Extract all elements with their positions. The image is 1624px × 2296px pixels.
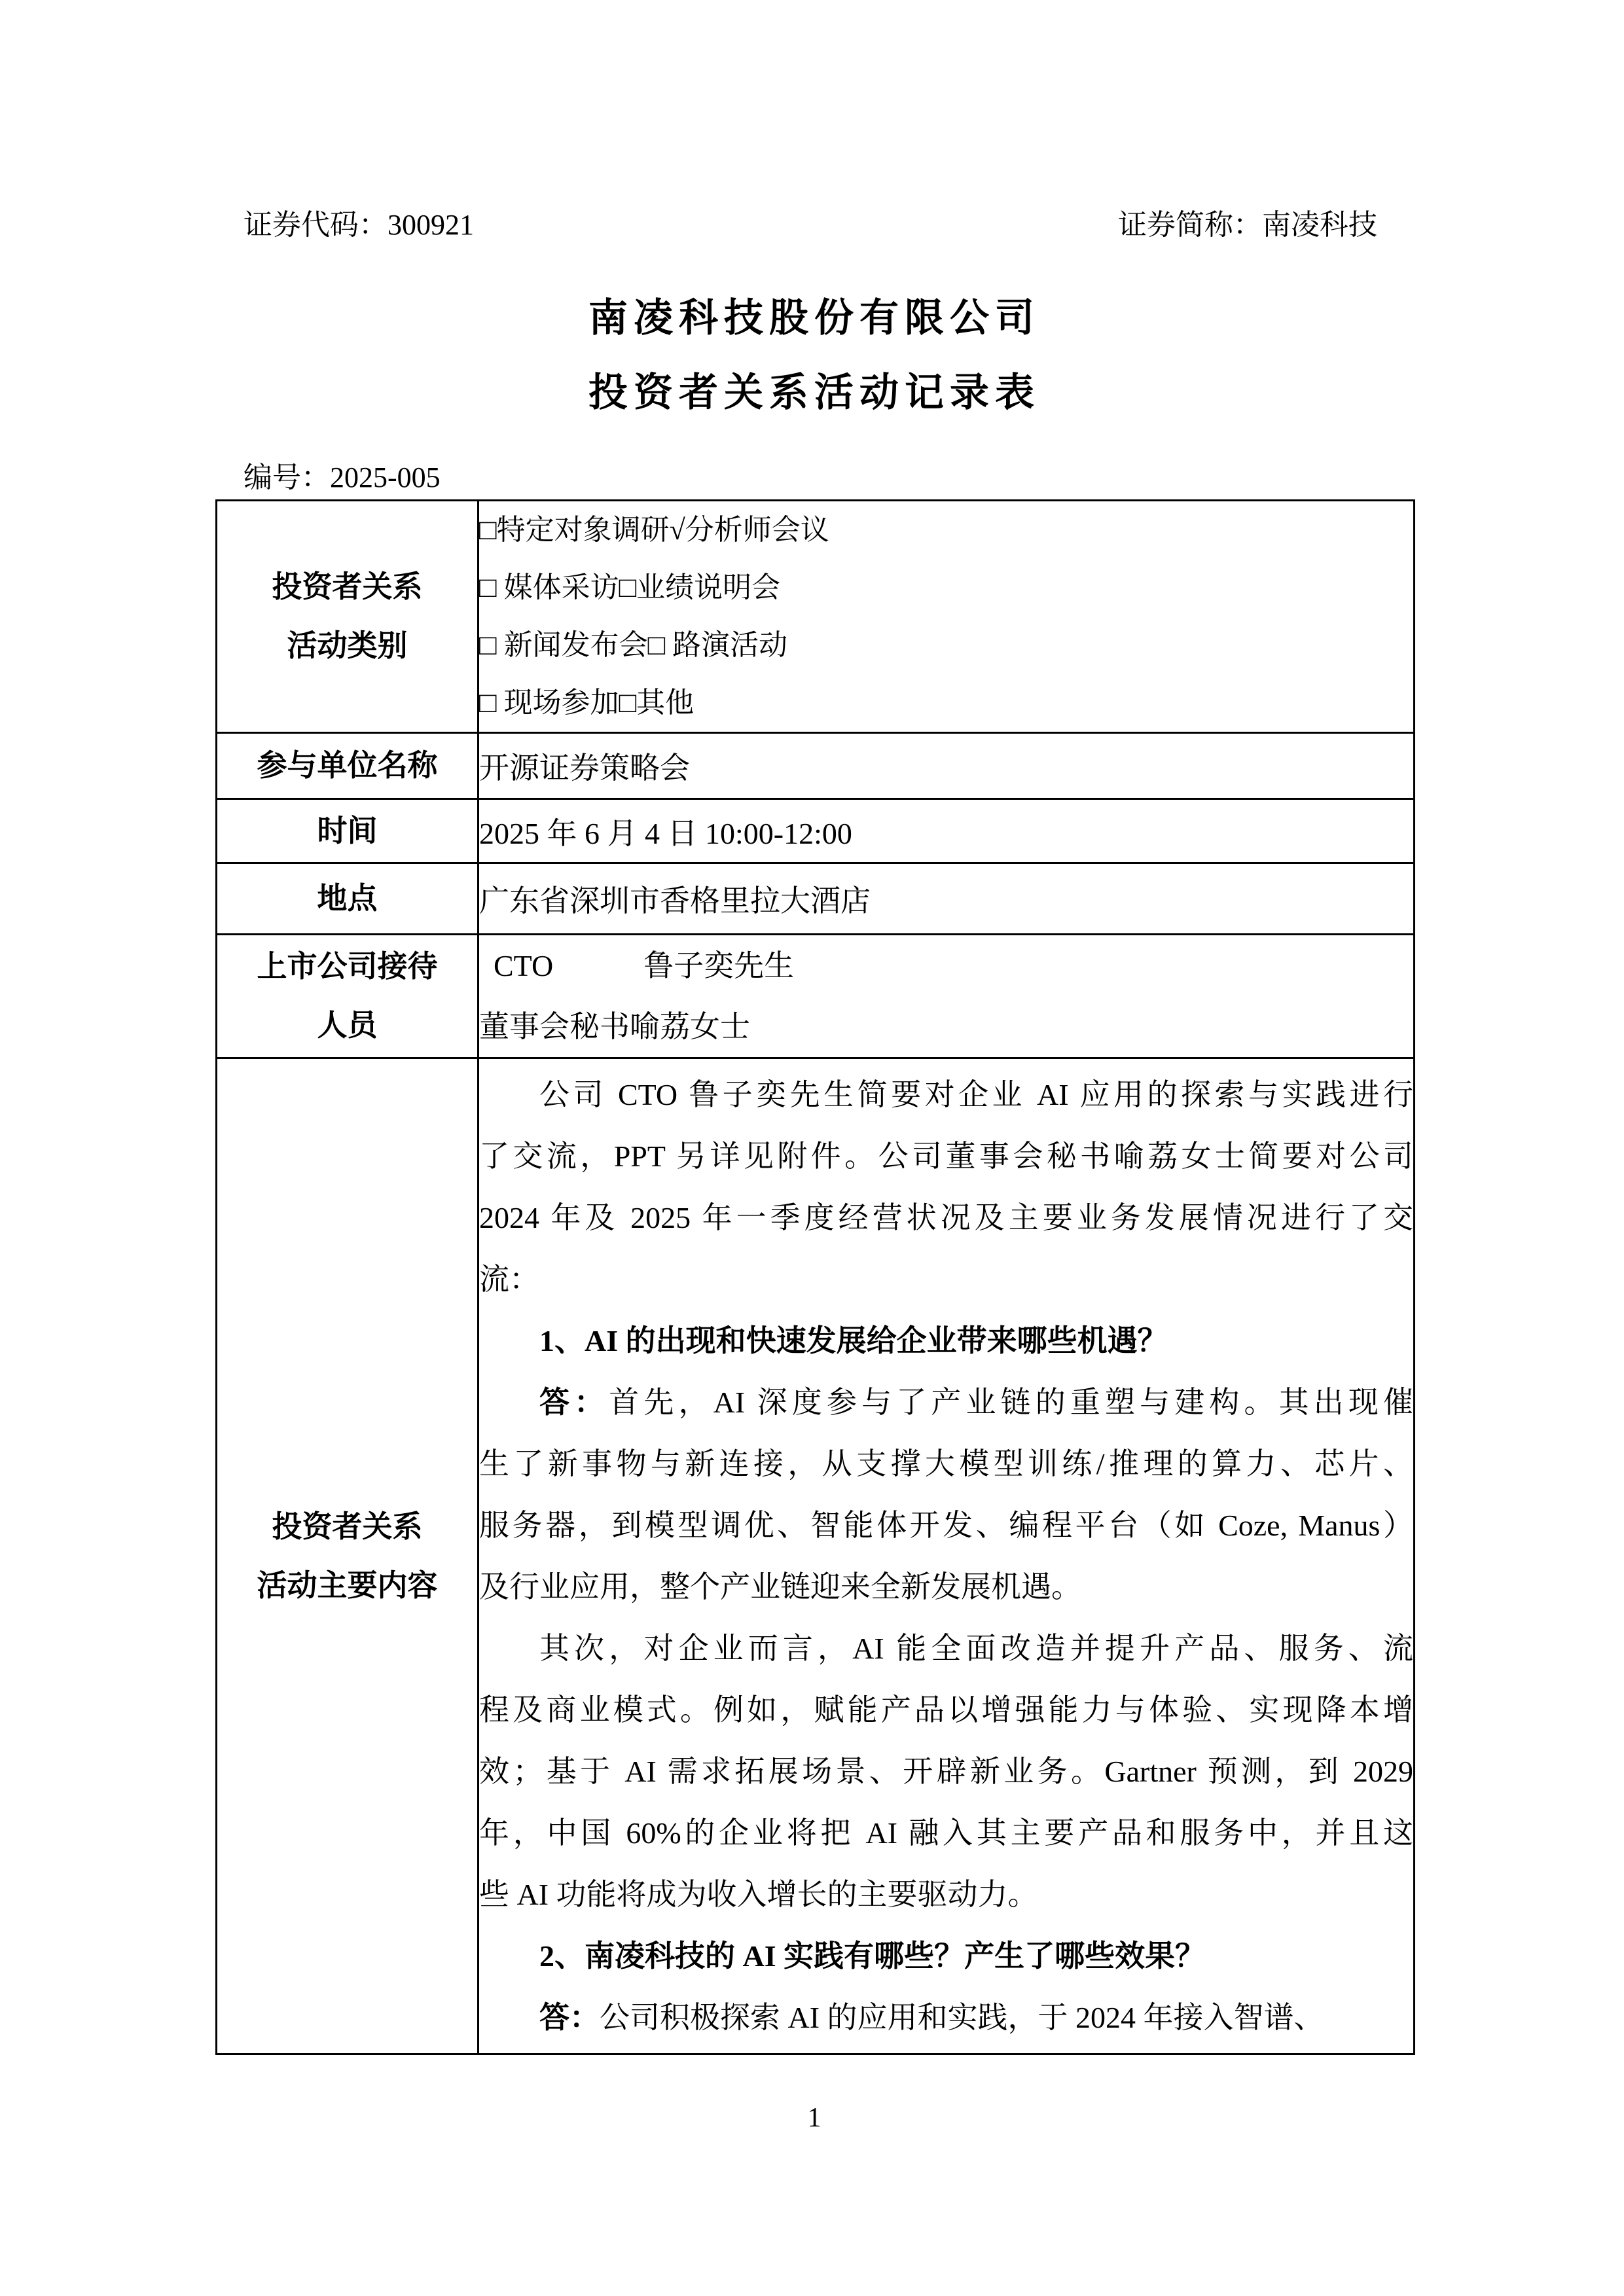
main-content-body: 公司 CTO 鲁子奕先生简要对企业 AI 应用的探索与实践进行 了交流，PPT …: [478, 1058, 1415, 2054]
answer-prefix: 答：: [539, 1386, 609, 1419]
location-label: 地点: [217, 863, 478, 935]
page-number: 1: [215, 2102, 1413, 2134]
body-line: 年，中国 60%的企业将把 AI 融入其主要产品和服务中，并且这: [479, 1803, 1413, 1864]
activity-option-survey: □特定对象调研√分析师会议: [479, 501, 1413, 559]
activity-option-media: □ 媒体采访□业绩说明会: [479, 559, 1413, 617]
stock-code: 证券代码：300921: [244, 208, 474, 243]
time-label: 时间: [217, 799, 478, 863]
reception-label: 上市公司接待 人员: [217, 935, 478, 1058]
reception-label-line2: 人员: [217, 996, 477, 1055]
answer-prefix: 答：: [539, 2001, 600, 2034]
reception-person-cto: CTO 鲁子奕先生: [479, 935, 1413, 996]
body-line: 生了新事物与新连接，从支撑大模型训练/推理的算力、芯片、: [479, 1433, 1413, 1495]
body-line: 2024 年及 2025 年一季度经营状况及主要业务发展情况进行了交: [479, 1187, 1413, 1249]
body-line: 其次，对企业而言，AI 能全面改造并提升产品、服务、流: [479, 1618, 1413, 1679]
reception-label-line1: 上市公司接待: [217, 937, 477, 996]
answer-1-line: 答：首先，AI 深度参与了产业链的重塑与建构。其出现催: [479, 1372, 1413, 1433]
question-1: 1、AI 的出现和快速发展给企业带来哪些机遇？: [479, 1310, 1413, 1372]
question-2: 2、南凌科技的 AI 实践有哪些？产生了哪些效果？: [479, 1926, 1413, 1987]
location-value: 广东省深圳市香格里拉大酒店: [478, 863, 1415, 935]
main-content-label: 投资者关系 活动主要内容: [217, 1058, 478, 2054]
time-value: 2025 年 6 月 4 日 10:00-12:00: [478, 799, 1415, 863]
activity-type-label-line1: 投资者关系: [217, 558, 477, 617]
table-row-main-content: 投资者关系 活动主要内容 公司 CTO 鲁子奕先生简要对企业 AI 应用的探索与…: [217, 1058, 1415, 2054]
body-line: 效；基于 AI 需求拓展场景、开辟新业务。Gartner 预测，到 2029: [479, 1741, 1413, 1803]
activity-option-onsite: □ 现场参加□其他: [479, 674, 1413, 732]
main-content-label-line2: 活动主要内容: [217, 1556, 477, 1615]
table-row-time: 时间 2025 年 6 月 4 日 10:00-12:00: [217, 799, 1415, 863]
activity-option-press: □ 新闻发布会□ 路演活动: [479, 617, 1413, 674]
company-title: 南凌科技股份有限公司: [215, 296, 1413, 341]
answer-text: 公司积极探索 AI 的应用和实践，于 2024 年接入智谱、: [600, 2001, 1324, 2034]
table-row-participants: 参与单位名称 开源证券策略会: [217, 733, 1415, 799]
document-number: 编号：2025-005: [244, 461, 441, 495]
participants-label: 参与单位名称: [217, 733, 478, 799]
body-line: 服务器，到模型调优、智能体开发、编程平台（如 Coze, Manus）: [479, 1495, 1413, 1556]
record-table: 投资者关系 活动类别 □特定对象调研√分析师会议 □ 媒体采访□业绩说明会 □ …: [215, 499, 1415, 2055]
body-line: 程及商业模式。例如，赋能产品以增强能力与体验、实现降本增: [479, 1679, 1413, 1741]
reception-value: CTO 鲁子奕先生 董事会秘书喻荔女士: [478, 935, 1415, 1058]
main-content-label-line1: 投资者关系: [217, 1498, 477, 1556]
reception-person-secretary: 董事会秘书喻荔女士: [479, 996, 1413, 1057]
body-line: 了交流，PPT 另详见附件。公司董事会秘书喻荔女士简要对公司: [479, 1126, 1413, 1187]
activity-type-label: 投资者关系 活动类别: [217, 501, 478, 733]
table-row-reception: 上市公司接待 人员 CTO 鲁子奕先生 董事会秘书喻荔女士: [217, 935, 1415, 1058]
answer-text: 首先，AI 深度参与了产业链的重塑与建构。其出现催: [609, 1386, 1413, 1419]
activity-type-label-line2: 活动类别: [217, 617, 477, 675]
securities-header: 证券代码：300921 证券简称：南凌科技: [244, 208, 1377, 243]
body-line: 流：: [479, 1249, 1413, 1310]
document-page: 证券代码：300921 证券简称：南凌科技 南凌科技股份有限公司 投资者关系活动…: [0, 0, 1624, 2296]
body-line: 及行业应用，整个产业链迎来全新发展机遇。: [479, 1556, 1413, 1618]
answer-2-line: 答：公司积极探索 AI 的应用和实践，于 2024 年接入智谱、: [479, 1987, 1413, 2049]
participants-value: 开源证券策略会: [478, 733, 1415, 799]
table-row-location: 地点 广东省深圳市香格里拉大酒店: [217, 863, 1415, 935]
activity-type-options: □特定对象调研√分析师会议 □ 媒体采访□业绩说明会 □ 新闻发布会□ 路演活动…: [478, 501, 1415, 733]
body-line: 些 AI 功能将成为收入增长的主要驱动力。: [479, 1864, 1413, 1926]
body-line: 公司 CTO 鲁子奕先生简要对企业 AI 应用的探索与实践进行: [479, 1064, 1413, 1126]
stock-short-name: 证券简称：南凌科技: [1118, 208, 1377, 243]
document-title: 投资者关系活动记录表: [215, 370, 1413, 416]
table-row-activity-type: 投资者关系 活动类别 □特定对象调研√分析师会议 □ 媒体采访□业绩说明会 □ …: [217, 501, 1415, 733]
